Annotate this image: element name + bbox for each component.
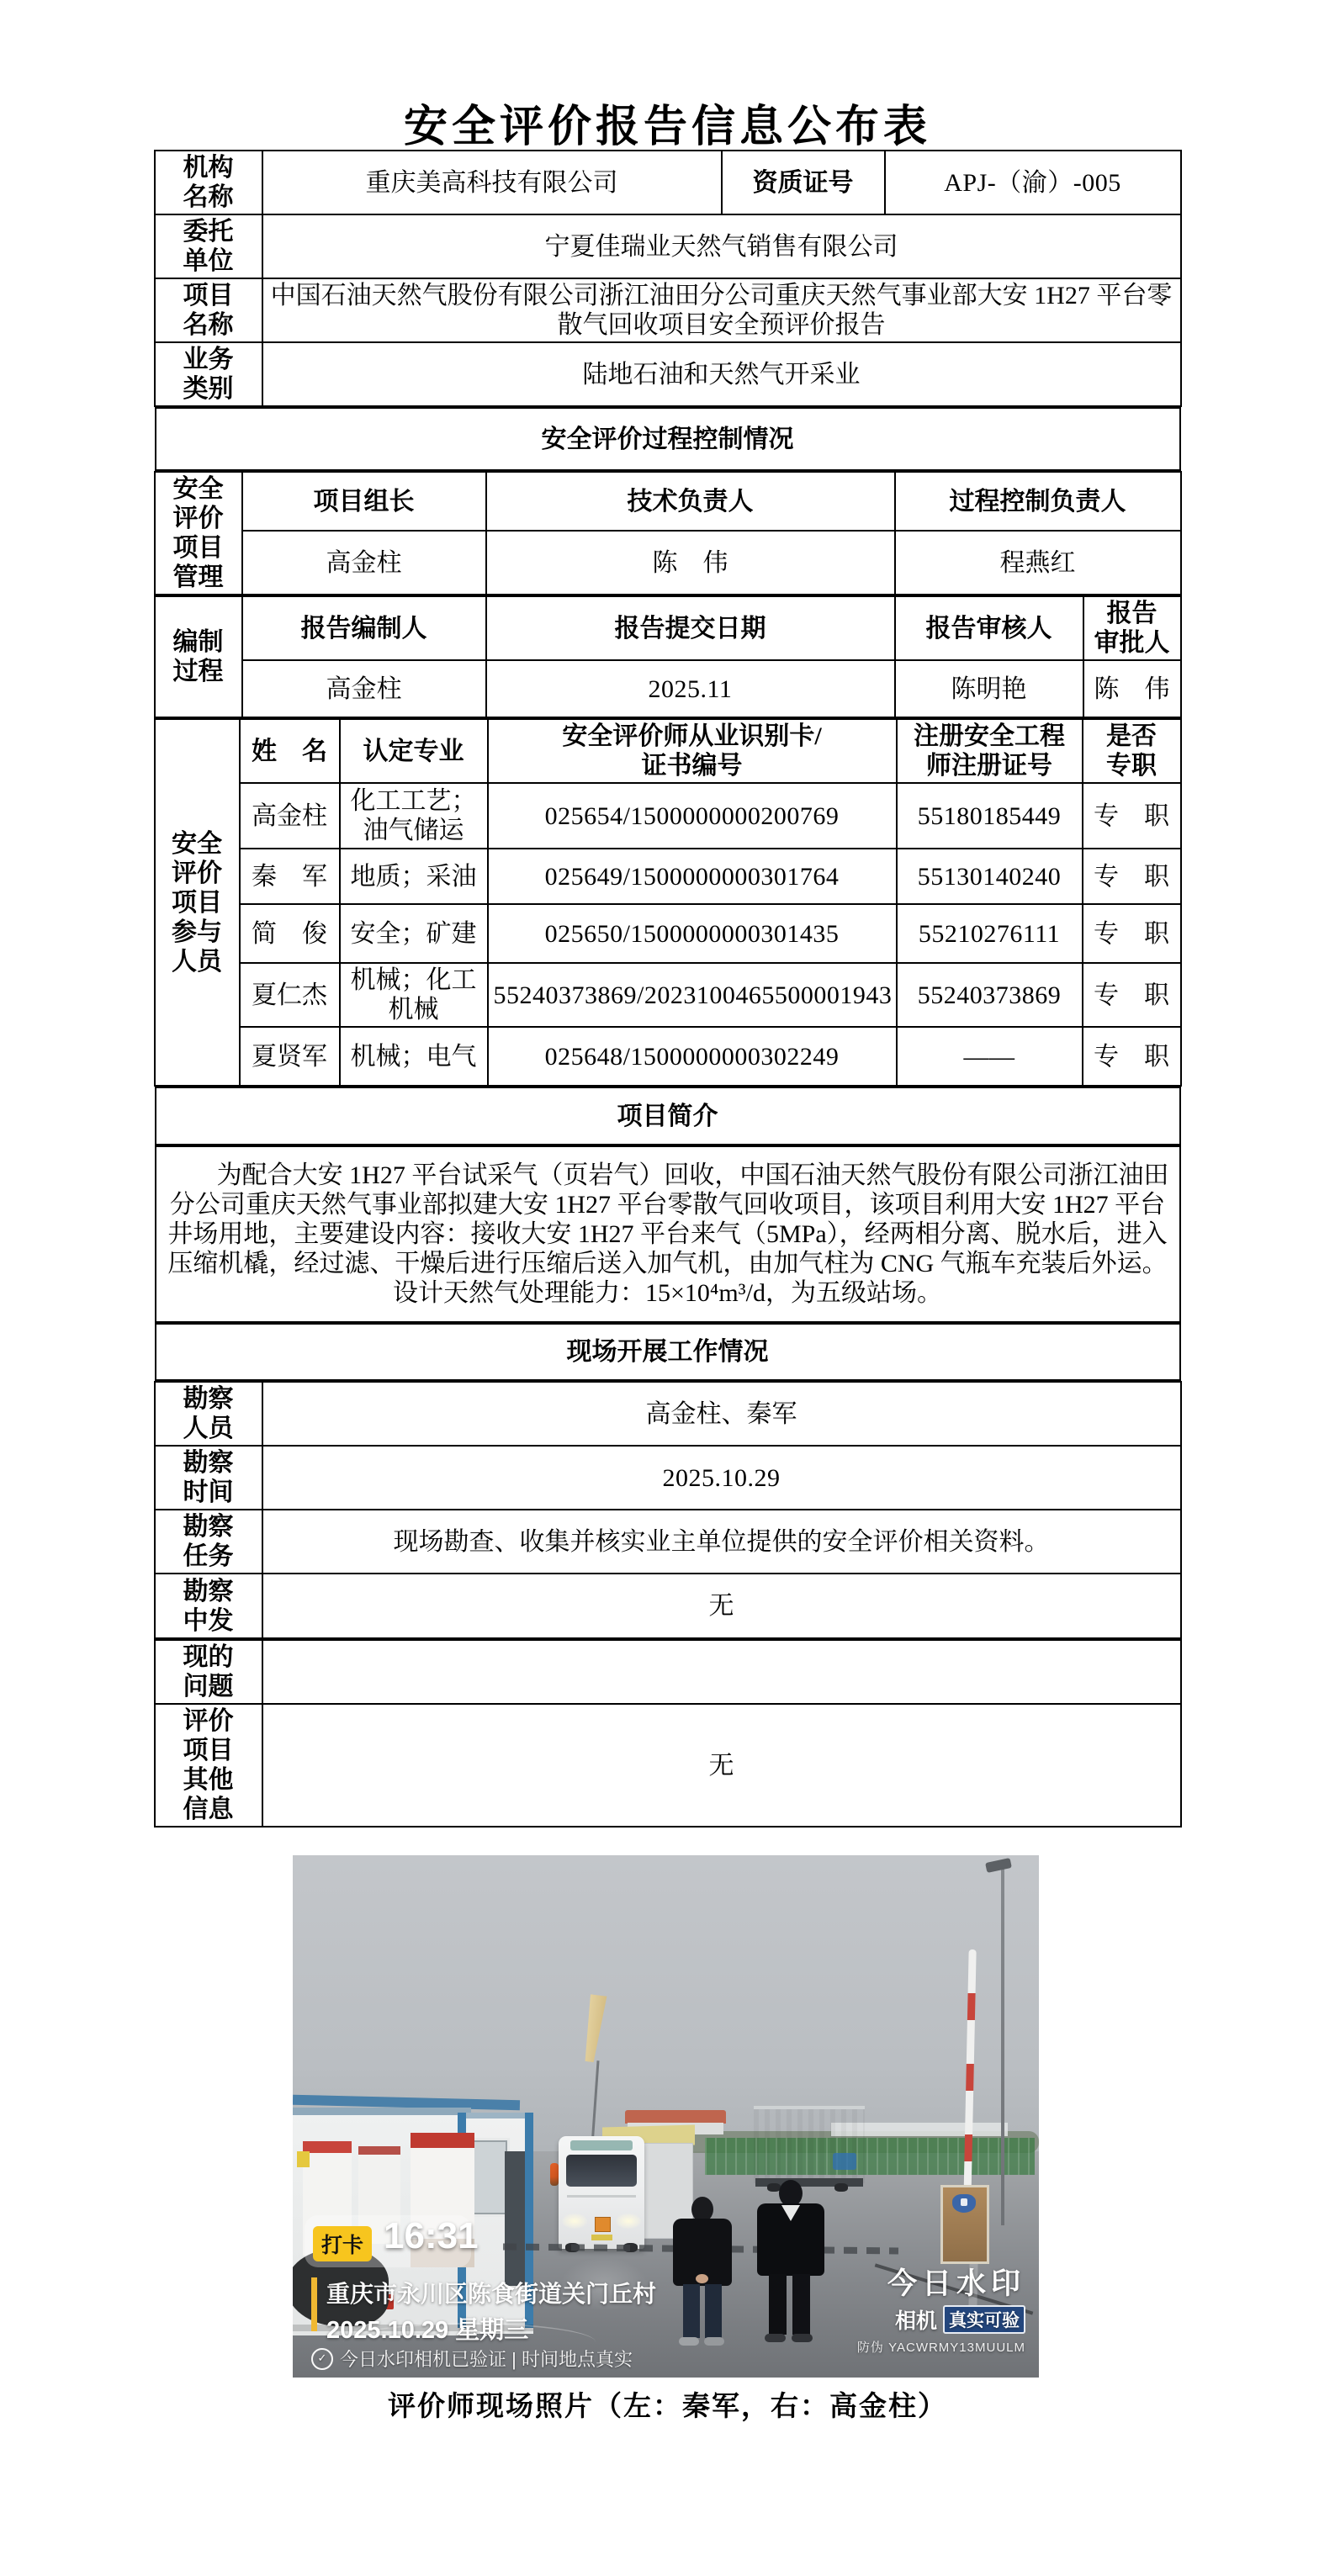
hazard-placard [595,2217,611,2232]
participants-table: 安全评价项目参与人员 姓 名 认定专业 安全评价师从业识别卡/证书编号 注册安全… [154,718,1182,1087]
watermark-verify-line: 今日水印相机已验证 | 时间地点真实 [311,2346,633,2372]
other-info-label: 评价项目其他信息 [155,1704,262,1827]
worker-in-orange [550,2163,559,2186]
participant-fulltime: 专 职 [1083,849,1181,904]
table-row: 委托单位 宁夏佳瑞业天然气销售有限公司 [155,214,1181,278]
license-plate [591,2235,612,2240]
participant-reg-no: 55180185449 [897,783,1083,849]
parking-sign-mark [961,2198,967,2206]
survey-staff-label: 勘察人员 [155,1382,262,1446]
business-type-label: 业务类别 [155,342,262,406]
person-leg [705,2284,722,2338]
other-info-value: 无 [262,1704,1181,1827]
participant-row: 简 俊 安全；矿建 025650/1500000000301435 552102… [155,904,1181,963]
org-name-label: 机构名称 [155,151,262,214]
participant-reg-no: 55130140240 [897,849,1083,904]
participant-major: 机械；电气 [340,1027,488,1086]
document-page: 安全评价报告信息公布表 机构名称 重庆美高科技有限公司 资质证号 APJ-（渝）… [0,0,1335,2576]
photo-caption: 评价师现场照片（左：秦军，右：高金柱） [0,2384,1335,2424]
business-type-value: 陆地石油和天然气开采业 [262,342,1181,406]
participant-row: 高金柱 化工工艺；油气储运 025654/1500000000200769 55… [155,783,1181,849]
watermark-time: 16:31 [384,2215,479,2257]
participant-card-no: 025650/1500000000301435 [488,904,897,963]
participant-name: 高金柱 [240,783,340,849]
table-row: 现场开展工作情况 [156,1324,1180,1380]
report-approver-header: 报告审批人 [1083,596,1181,660]
management-label: 安全评价项目管理 [155,472,242,595]
management-table: 安全评价项目管理 项目组长 技术负责人 过程控制负责人 高金柱 陈 伟 程燕红 [154,471,1182,595]
intro-table: 为配合大安 1H27 平台试采气（页岩气）回收，中国石油天然气股份有限公司浙江油… [155,1145,1181,1323]
tech-lead-value: 陈 伟 [486,531,895,595]
table-row: 安全评价项目管理 项目组长 技术负责人 过程控制负责人 [155,472,1181,531]
reg-no-header: 注册安全工程师注册证号 [897,719,1083,783]
table-row: 高金柱 陈 伟 程燕红 [155,531,1181,595]
truck-headlight [562,2214,587,2229]
participant-major: 机械；化工机械 [340,963,488,1027]
table-row: 安全评价项目参与人员 姓 名 认定专业 安全评价师从业识别卡/证书编号 注册安全… [155,719,1181,783]
page-title: 安全评价报告信息公布表 [0,0,1335,150]
survey-task-value: 现场勘查、收集并核实业主单位提供的安全评价相关资料。 [262,1510,1181,1574]
watermark-location: 重庆市永川区陈食街道关门丘村 [326,2276,656,2309]
small-yellow-sign [297,2151,310,2167]
person-shoe [765,2334,786,2342]
org-name-value: 重庆美高科技有限公司 [262,151,722,214]
table-row: 勘察时间 2025.10.29 [155,1446,1181,1510]
team-leader-header: 项目组长 [242,472,486,531]
participant-major: 地质；采油 [340,849,488,904]
table-row: 现的问题 [155,1640,1181,1704]
table-row: 项目名称 中国石油天然气股份有限公司浙江油田分公司重庆天然气事业部大安 1H27… [155,278,1181,342]
participant-fulltime: 专 职 [1083,904,1181,963]
project-name-value: 中国石油天然气股份有限公司浙江油田分公司重庆天然气事业部大安 1H27 平台零散… [262,278,1181,342]
person-right-gaojinzhu [754,2180,828,2348]
participant-row: 夏仁杰 机械；化工机械 55240373869/2023100465500001… [155,963,1181,1027]
brand-name: 今日水印 [857,2261,1025,2303]
brand-camera-text: 相机 [895,2304,937,2335]
fulltime-header: 是否专职 [1083,719,1181,783]
participant-card-no: 025648/1500000000302249 [488,1027,897,1086]
site-work-section: 现场开展工作情况 [155,1323,1181,1381]
brand-verified-badge: 真实可验 [943,2305,1025,2334]
site-photo: 打卡 16:31 重庆市永川区陈食街道关门丘村 2025.10.29 星期三 今… [293,1855,1039,2378]
name-header: 姓 名 [240,719,340,783]
participant-fulltime: 专 职 [1083,1027,1181,1086]
process-lead-value: 程燕红 [895,531,1181,595]
compilation-label: 编制过程 [155,596,242,717]
anti-fake-code: 防伪 YACWRMY13MUULM [857,2338,1025,2356]
table-row: 项目简介 [156,1087,1180,1145]
floodlight [985,1858,1012,1873]
cert-no-label: 资质证号 [722,151,885,214]
basic-info-table: 机构名称 重庆美高科技有限公司 资质证号 APJ-（渝）-005 委托单位 宁夏… [154,150,1182,407]
truck-box [754,2106,865,2183]
extra-info-table: 现的问题 评价项目其他信息 无 [154,1639,1182,1828]
survey-time-label: 勘察时间 [155,1446,262,1510]
truck-logo [833,2153,856,2170]
person-leg [683,2284,700,2338]
truck-headlight [616,2214,641,2229]
person-leg [792,2274,810,2335]
tech-lead-header: 技术负责人 [486,472,895,531]
compilation-table: 编制过程 报告编制人 报告提交日期 报告审核人 报告审批人 高金柱 2025.1… [154,595,1182,718]
intro-section: 项目简介 [155,1087,1181,1145]
survey-staff-value: 高金柱、秦军 [262,1382,1181,1446]
windsock [578,1994,610,2064]
far-building-roof [625,2110,726,2124]
participant-major: 化工工艺；油气储运 [340,783,488,849]
report-writer-header: 报告编制人 [242,596,486,660]
table-row: 业务类别 陆地石油和天然气开采业 [155,342,1181,406]
found-problems-value [262,1640,1181,1704]
major-header: 认定专业 [340,719,488,783]
participant-fulltime: 专 职 [1083,963,1181,1027]
cng-truck [559,2136,653,2256]
participant-reg-no: —— [897,1027,1083,1086]
participant-reg-no: 55240373869 [897,963,1083,1027]
survey-found-label: 勘察中发 [155,1574,262,1638]
report-reviewer-value: 陈明艳 [895,660,1083,717]
intro-text: 为配合大安 1H27 平台试采气（页岩气）回收，中国石油天然气股份有限公司浙江油… [156,1146,1180,1322]
table-row: 勘察任务 现场勘查、收集并核实业主单位提供的安全评价相关资料。 [155,1510,1181,1574]
report-writer-value: 高金柱 [242,660,486,717]
brand-camera-line: 相机 真实可验 [857,2304,1025,2335]
participant-name: 夏仁杰 [240,963,340,1027]
survey-table: 勘察人员 高金柱、秦军 勘察时间 2025.10.29 勘察任务 现场勘查、收集… [154,1381,1182,1639]
person-shoe [704,2337,724,2346]
parking-sign-box [940,2185,989,2264]
person-shoe [792,2334,813,2342]
participant-card-no: 025654/1500000000200769 [488,783,897,849]
process-control-section-title: 安全评价过程控制情况 [156,408,1180,470]
table-row: 评价项目其他信息 无 [155,1704,1181,1827]
person-hands [696,2274,708,2283]
participants-label: 安全评价项目参与人员 [155,719,240,1086]
checkin-badge: 打卡 [313,2226,372,2261]
participant-row: 夏贤军 机械；电气 025648/1500000000302249 —— 专 职 [155,1027,1181,1086]
participant-name: 简 俊 [240,904,340,963]
project-name-label: 项目名称 [155,278,262,342]
light-pole [1001,1869,1004,2225]
table-row: 勘察人员 高金柱、秦军 [155,1382,1181,1446]
card-no-header: 安全评价师从业识别卡/证书编号 [488,719,897,783]
watermark-verify-text: 今日水印相机已验证 | 时间地点真实 [340,2346,633,2372]
participant-major: 安全；矿建 [340,904,488,963]
team-leader-value: 高金柱 [242,531,486,595]
survey-task-label: 勘察任务 [155,1510,262,1574]
office-door [505,2151,527,2286]
found-problems-label: 现的问题 [155,1640,262,1704]
watermark-accent-bar [311,2277,317,2331]
participant-row: 秦 军 地质；采油 025649/1500000000301764 551301… [155,849,1181,904]
client-label: 委托单位 [155,214,262,278]
table-row: 为配合大安 1H27 平台试采气（页岩气）回收，中国石油天然气股份有限公司浙江油… [156,1146,1180,1322]
truck-wheel [834,2183,848,2192]
person-leg [769,2274,787,2335]
participant-card-no: 025649/1500000000301764 [488,849,897,904]
person-shoe [679,2337,699,2346]
person-left-qinjun [668,2197,737,2348]
report-approver-value: 陈 伟 [1083,660,1181,717]
participant-fulltime: 专 职 [1083,783,1181,849]
watermark-date: 2025.10.29 星期三 [326,2311,528,2346]
survey-found-value: 无 [262,1574,1181,1638]
table-row: 编制过程 报告编制人 报告提交日期 报告审核人 报告审批人 [155,596,1181,660]
report-date-value: 2025.11 [486,660,895,717]
box-truck [754,2106,865,2192]
truck-roof-sign [570,2140,633,2150]
survey-time-value: 2025.10.29 [262,1446,1181,1510]
table-row: 高金柱 2025.11 陈明艳 陈 伟 [155,660,1181,717]
client-value: 宁夏佳瑞业天然气销售有限公司 [262,214,1181,278]
report-reviewer-header: 报告审核人 [895,596,1083,660]
truck-grille [567,2195,636,2198]
site-work-section-title: 现场开展工作情况 [156,1324,1180,1380]
table-row: 勘察中发 无 [155,1574,1181,1638]
table-row: 机构名称 重庆美高科技有限公司 资质证号 APJ-（渝）-005 [155,151,1181,214]
watermark-brand: 今日水印 相机 真实可验 防伪 YACWRMY13MUULM [857,2261,1025,2356]
participant-name: 夏贤军 [240,1027,340,1086]
participant-card-no: 55240373869/2023100465500001943 [488,963,897,1027]
intro-section-title: 项目简介 [156,1087,1180,1145]
table-row: 安全评价过程控制情况 [156,408,1180,470]
process-lead-header: 过程控制负责人 [895,472,1181,531]
participant-reg-no: 55210276111 [897,904,1083,963]
process-control-section: 安全评价过程控制情况 [155,407,1181,471]
cert-no-value: APJ-（渝）-005 [885,151,1181,214]
truck-windshield [566,2155,637,2187]
participant-name: 秦 军 [240,849,340,904]
shield-check-icon [311,2348,333,2370]
report-date-header: 报告提交日期 [486,596,895,660]
